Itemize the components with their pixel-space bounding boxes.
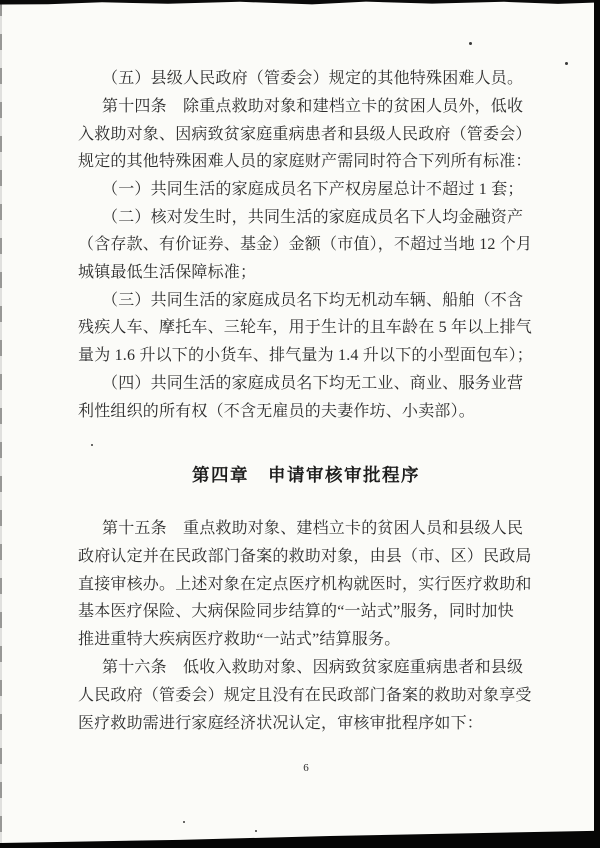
- text-line: 第十六条 低收入救助对象、因病致贫家庭重病患者和县级: [78, 658, 558, 678]
- noise-dot: [469, 42, 472, 45]
- text-line: 第十五条 重点救助对象、建档立卡的贫困人员和县级人民: [78, 519, 558, 539]
- text-line: 直接审核办。上述对象在定点医疗机构就医时，实行医疗救助和: [78, 575, 534, 595]
- text-line: 第十四条 除重点救助对象和建档立卡的贫困人员外，低收: [78, 97, 558, 117]
- scan-artifact-left-edge: [0, 0, 2, 848]
- text-line: 入救助对象、因病致贫家庭重病患者和县级人民政府（管委会）: [78, 125, 534, 145]
- noise-dot: [565, 62, 568, 65]
- text-line: 人民政府（管委会）规定且没有在民政部门备案的救助对象享受: [78, 686, 534, 706]
- noise-dot: [255, 830, 257, 832]
- text-line: （四）共同生活的家庭成员名下均无工业、商业、服务业营: [78, 374, 558, 394]
- text-line: 利性组织的所有权（不含无雇员的夫妻作坊、小卖部）。: [78, 402, 534, 422]
- text-line: 量为 1.6 升以下的小货车、排气量为 1.4 升以下的小型面包车）；: [78, 346, 534, 366]
- text-line: 政府认定并在民政部门备案的救助对象，由县（市、区）民政局: [78, 547, 534, 567]
- text-line: （三）共同生活的家庭成员名下均无机动车辆、船舶（不含: [78, 291, 558, 311]
- noise-dot: [472, 382, 474, 384]
- text-line: 规定的其他特殊困难人员的家庭财产需同时符合下列所有标准：: [78, 152, 534, 172]
- document-page: （五）县级人民政府（管委会）规定的其他特殊困难人员。 第十四条 除重点救助对象和…: [0, 0, 600, 848]
- scan-artifact-bottom-edge: [0, 824, 600, 848]
- text-line: 残疾人车、摩托车、三轮车，用于生计的且车龄在 5 年以上排气: [78, 318, 534, 338]
- text-line: （二）核对发生时，共同生活的家庭成员名下人均金融资产: [78, 208, 558, 228]
- text-line: 基本医疗保险、大病保险同步结算的“一站式”服务，同时加快: [78, 602, 534, 622]
- noise-dot: [183, 821, 185, 823]
- text-line: （含存款、有价证券、基金）金额（市值），不超过当地 12 个月: [78, 235, 534, 255]
- scan-artifact-top-edge: [0, 0, 600, 6]
- text-line: （一）共同生活的家庭成员名下产权房屋总计不超过 1 套；: [78, 180, 558, 200]
- scan-artifact-right-edge: [594, 0, 600, 848]
- noise-dot: [91, 444, 93, 446]
- page-number: 6: [78, 762, 534, 774]
- text-line: 城镇最低生活保障标准；: [78, 263, 534, 283]
- chapter-heading: 第四章 申请审核审批程序: [78, 463, 534, 487]
- text-line: 医疗救助需进行家庭经济状况认定，审核审批程序如下：: [78, 714, 534, 734]
- text-line: 推进重特大疾病医疗救助“一站式”结算服务。: [78, 630, 534, 650]
- text-line: （五）县级人民政府（管委会）规定的其他特殊困难人员。: [78, 69, 558, 89]
